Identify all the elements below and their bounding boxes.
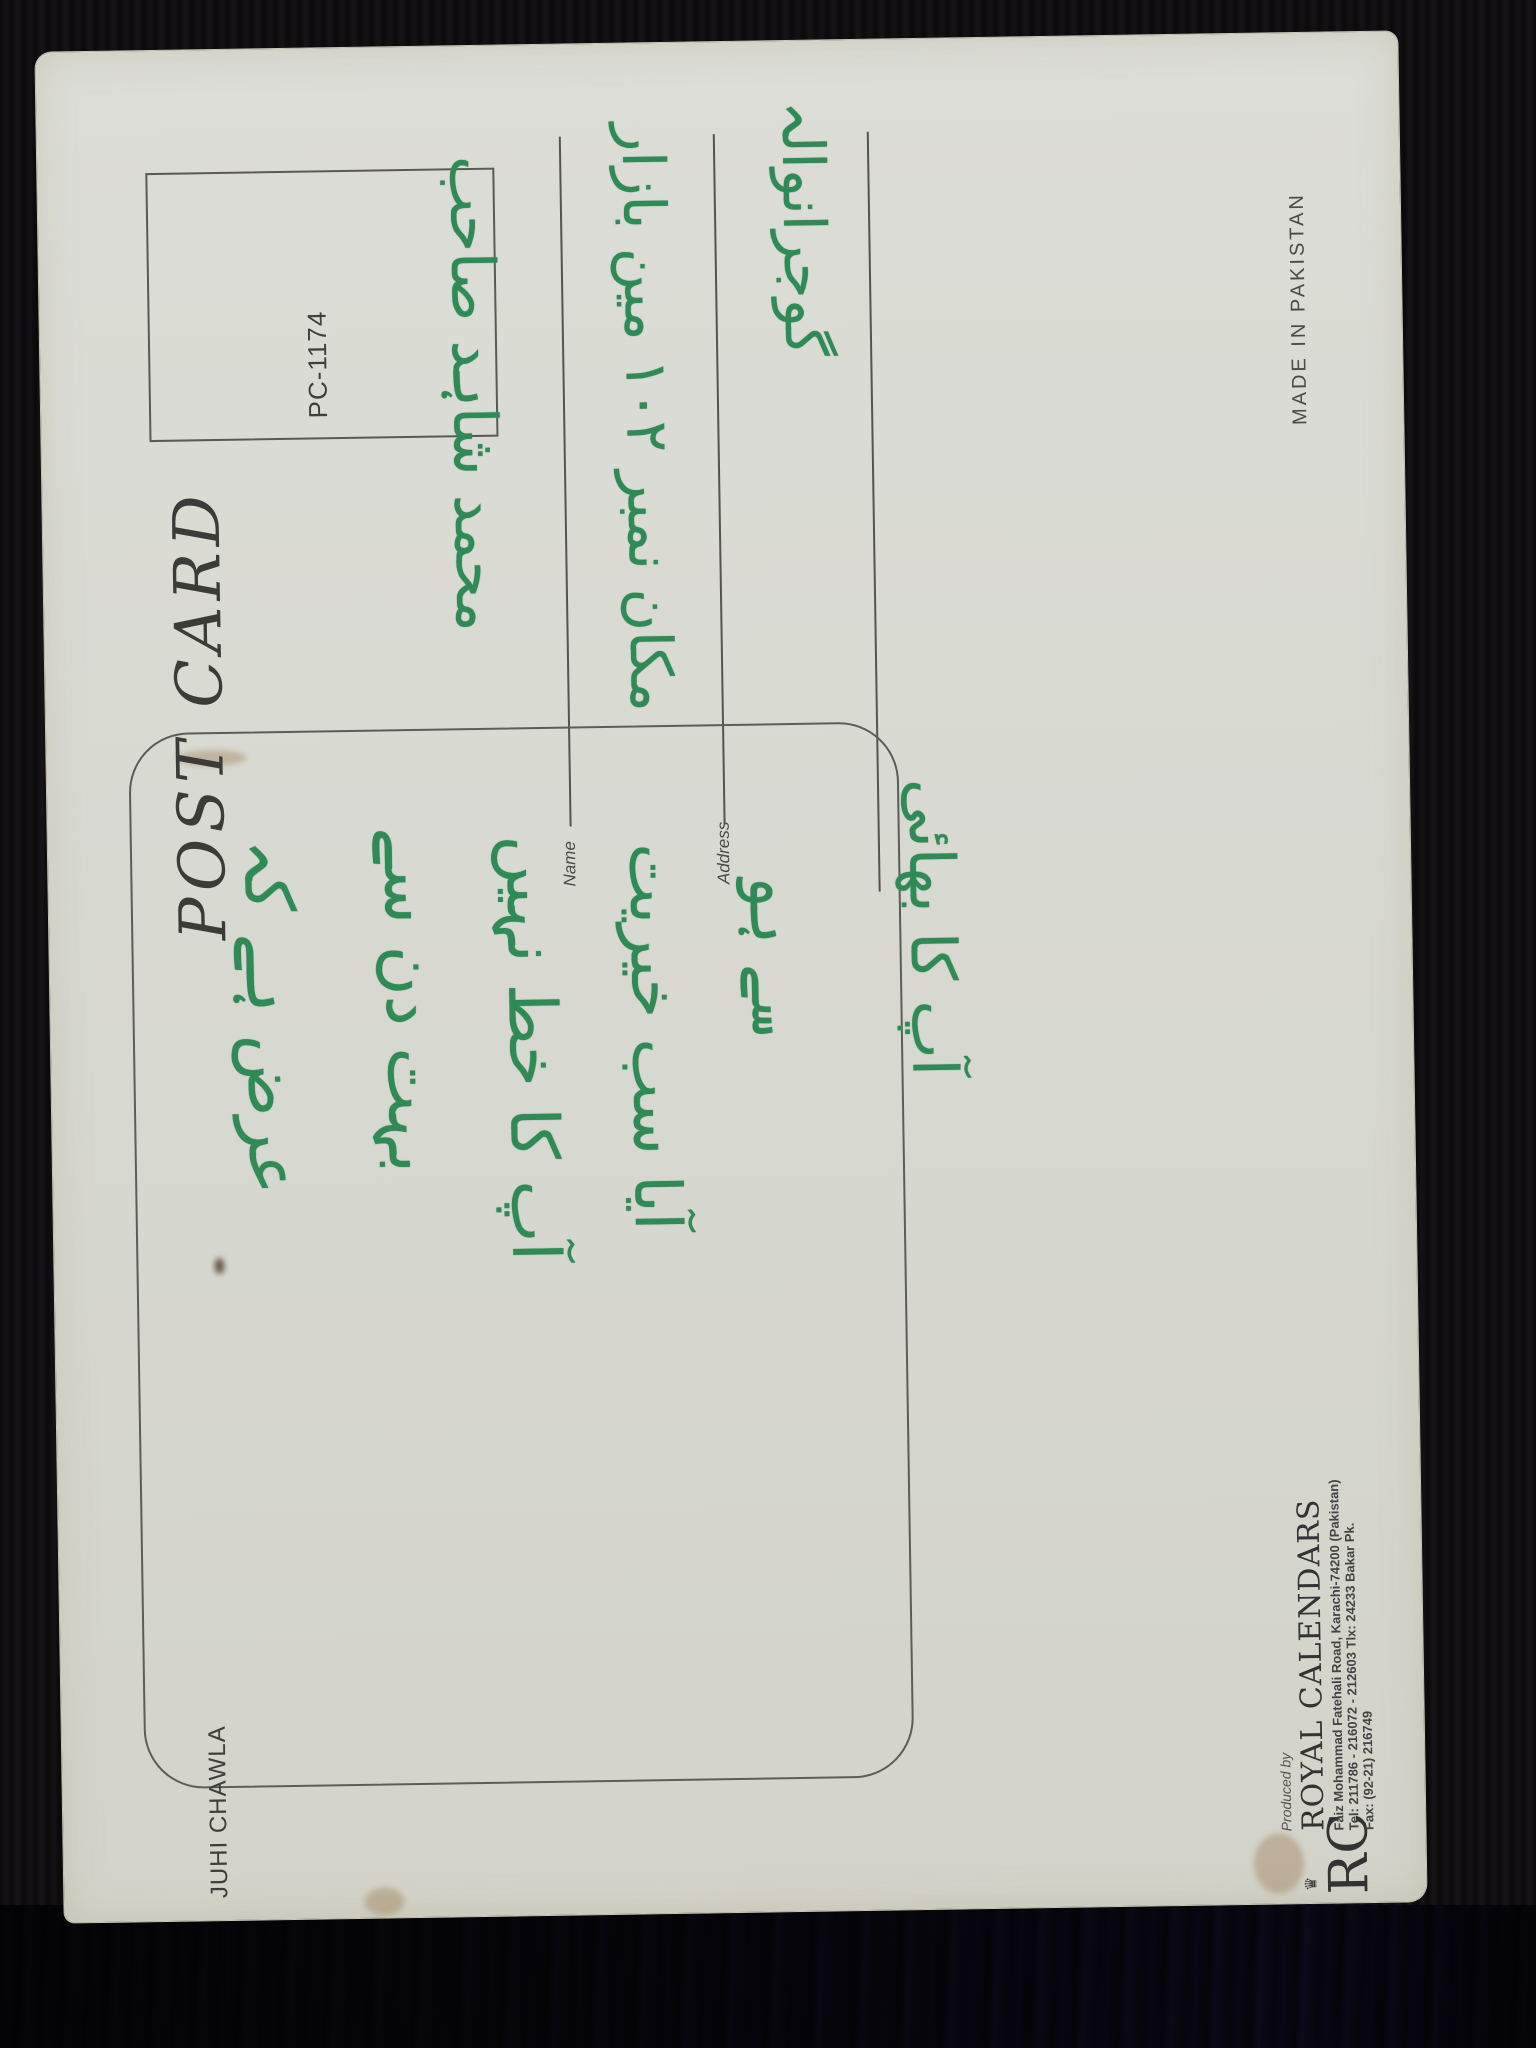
photo-caption: JUHI CHAWLA bbox=[204, 1725, 235, 1898]
handwriting-message-line: آیا سب خیریت bbox=[614, 843, 694, 1231]
handwriting-recipient-line: مکان نمبر ۱۰۲ مین بازار bbox=[609, 123, 686, 712]
product-code: PC-1174 bbox=[301, 310, 334, 418]
handwriting-message-line: بہت دن سے bbox=[368, 826, 453, 1173]
publisher-imprint: ♛ RC Produced by ROYAL CALENDARS Faiz Mo… bbox=[1273, 1479, 1378, 1896]
handwriting-message-line: عرض ہے کہ bbox=[228, 839, 314, 1196]
handwriting-recipient-line: محمد شاہد صاحب bbox=[435, 155, 512, 632]
handwriting-message-line: سے ہو bbox=[735, 871, 811, 1037]
handwriting-recipient-line: گوجرانوالہ bbox=[768, 100, 840, 356]
crown-icon: ♛ bbox=[1303, 1879, 1319, 1892]
handwriting-signature: آپ کا بھائی bbox=[894, 778, 972, 1076]
background-fabric bbox=[0, 1905, 1536, 2048]
postcard: PC-1174 POST CARD Name Address MADE IN P… bbox=[35, 31, 1426, 1922]
address-rule-1 bbox=[713, 134, 726, 824]
handwriting-message-line: آپ کا خط نہیں bbox=[491, 835, 575, 1262]
name-rule bbox=[559, 137, 572, 827]
made-in-label: MADE IN PAKISTAN bbox=[1286, 192, 1313, 425]
publisher-name: ROYAL CALENDARS bbox=[1291, 1480, 1332, 1832]
royal-calendars-logo: ♛ RC bbox=[1321, 1838, 1378, 1895]
stain bbox=[364, 1887, 404, 1916]
